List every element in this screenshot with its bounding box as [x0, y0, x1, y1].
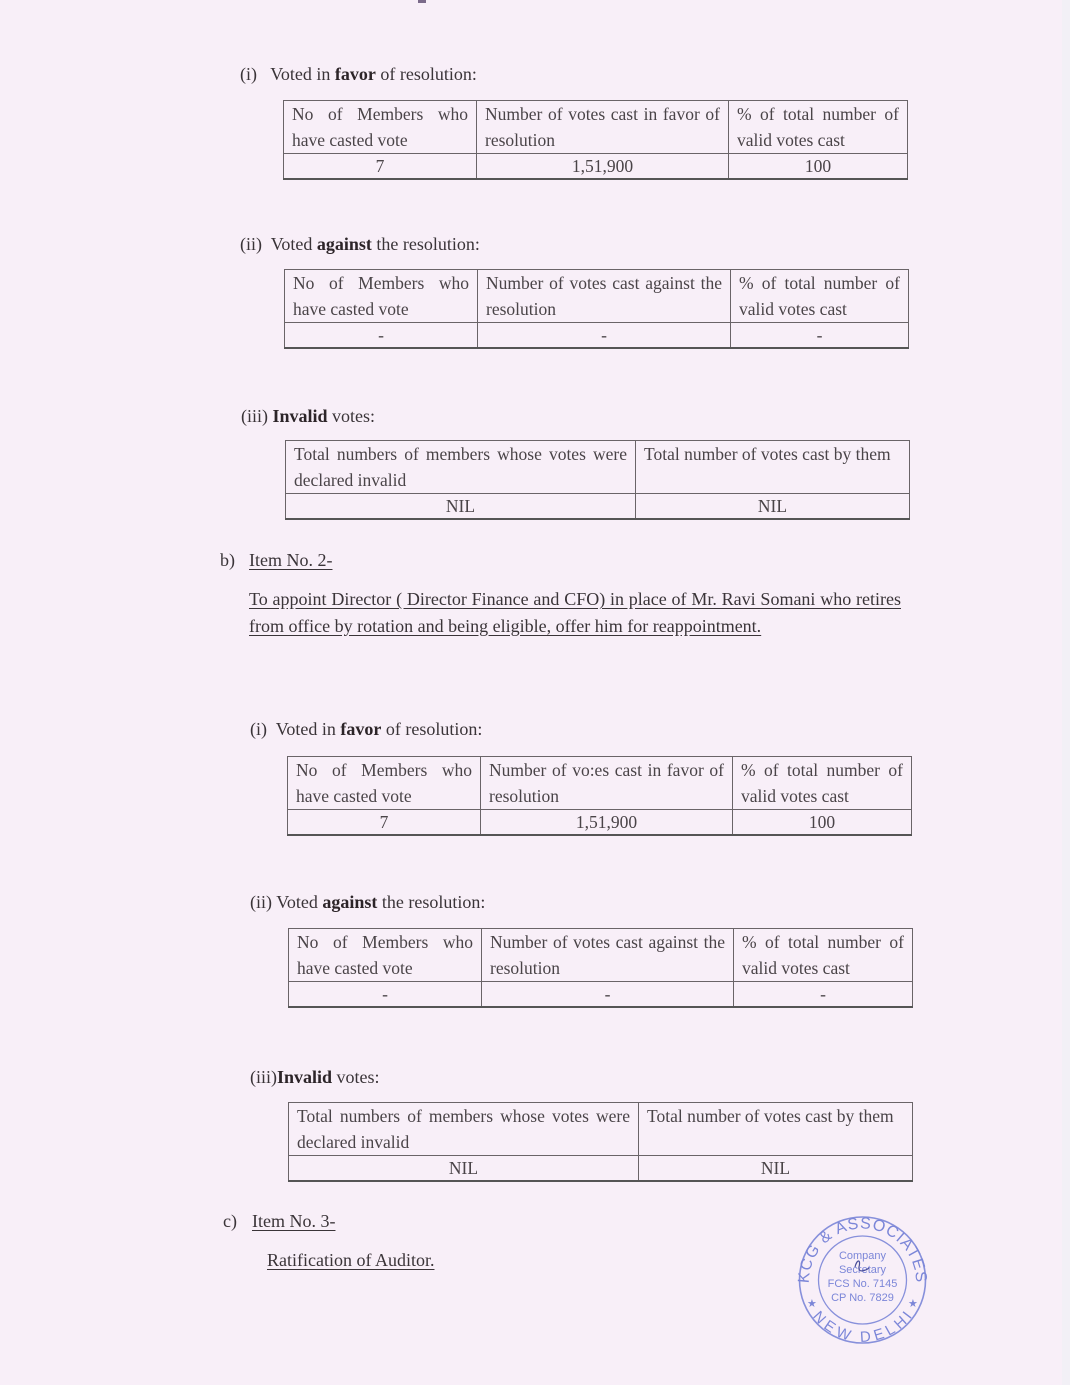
- item1-invalid-label: (iii) Invalid votes:: [241, 406, 375, 427]
- item2-against-table: No of Members who have casted vote Numbe…: [288, 928, 913, 1008]
- value-cell: -: [478, 323, 731, 349]
- header-cell: % of total number of valid votes cast: [733, 757, 912, 810]
- table-header-row: No of Members who have casted vote Numbe…: [284, 101, 908, 154]
- item2-description: To appoint Director ( Director Finance a…: [249, 586, 901, 639]
- table-header-row: No of Members who have casted vote Numbe…: [285, 270, 909, 323]
- item3-description: Ratification of Auditor.: [267, 1250, 434, 1271]
- item2-favor-label: (i) Voted in favor of resolution:: [250, 719, 482, 740]
- header-cell: % of total number of valid votes cast: [729, 101, 908, 154]
- value-cell: -: [289, 982, 482, 1008]
- star-icon: ★: [908, 1298, 918, 1310]
- value-cell: NIL: [636, 494, 910, 520]
- stamp-ring-bottom: NEW DELHI: [809, 1308, 916, 1345]
- table-header-row: Total numbers of members whose votes wer…: [286, 441, 910, 494]
- header-cell: No of Members who have casted vote: [289, 929, 482, 982]
- table-row: NIL NIL: [286, 494, 910, 520]
- value-cell: 7: [284, 154, 477, 180]
- header-cell: Number of votes cast in favor of resolut…: [477, 101, 729, 154]
- header-cell: No of Members who have casted vote: [285, 270, 478, 323]
- item3-heading: Item No. 3-: [252, 1211, 335, 1232]
- item1-against-table: No of Members who have casted vote Numbe…: [284, 269, 909, 349]
- item2-invalid-table: Total numbers of members whose votes wer…: [288, 1102, 913, 1182]
- value-cell: NIL: [289, 1156, 639, 1182]
- header-cell: No of Members who have casted vote: [288, 757, 481, 810]
- value-cell: 100: [733, 810, 912, 836]
- header-cell: Total number of votes cast by them: [639, 1103, 913, 1156]
- header-cell: Number of vo:es cast in favor of resolut…: [481, 757, 733, 810]
- stamp-line-4: CP No. 7829: [831, 1292, 894, 1304]
- scan-edge: [1062, 0, 1070, 1385]
- value-cell: -: [482, 982, 734, 1008]
- table-header-row: No of Members who have casted vote Numbe…: [288, 757, 912, 810]
- value-cell: -: [734, 982, 913, 1008]
- header-cell: % of total number of valid votes cast: [731, 270, 909, 323]
- value-cell: 1,51,900: [481, 810, 733, 836]
- value-cell: 1,51,900: [477, 154, 729, 180]
- stamp-line-2: Secretary: [839, 1264, 887, 1276]
- item2-marker: b): [220, 550, 235, 571]
- item2-favor-table: No of Members who have casted vote Numbe…: [287, 756, 912, 836]
- header-cell: Number of votes cast against the resolut…: [478, 270, 731, 323]
- value-cell: -: [285, 323, 478, 349]
- item1-favor-table: No of Members who have casted vote Numbe…: [283, 100, 908, 180]
- table-row: NIL NIL: [289, 1156, 913, 1182]
- star-icon: ★: [807, 1298, 817, 1310]
- item1-against-label: (ii) Voted against the resolution:: [240, 234, 480, 255]
- item2-invalid-label: (iii)Invalid votes:: [250, 1067, 380, 1088]
- header-cell: % of total number of valid votes cast: [734, 929, 913, 982]
- company-seal-stamp: KCG & ASSOCIATES NEW DELHI ★ ★ Company S…: [795, 1215, 930, 1345]
- document-page: (i) Voted in favor of resolution: No of …: [0, 0, 1062, 1385]
- item1-favor-label: (i) Voted in favor of resolution:: [240, 64, 477, 85]
- item3-marker: c): [223, 1211, 237, 1232]
- table-row: - - -: [289, 982, 913, 1008]
- scan-mark: [418, 0, 426, 3]
- value-cell: -: [731, 323, 909, 349]
- header-cell: Total numbers of members whose votes wer…: [289, 1103, 639, 1156]
- item2-heading: Item No. 2-: [249, 550, 332, 571]
- table-row: - - -: [285, 323, 909, 349]
- stamp-line-1: Company: [839, 1250, 887, 1262]
- table-row: 7 1,51,900 100: [284, 154, 908, 180]
- value-cell: NIL: [639, 1156, 913, 1182]
- value-cell: 100: [729, 154, 908, 180]
- header-cell: No of Members who have casted vote: [284, 101, 477, 154]
- stamp-line-3: FCS No. 7145: [828, 1278, 898, 1290]
- table-row: 7 1,51,900 100: [288, 810, 912, 836]
- header-cell: Number of votes cast against the resolut…: [482, 929, 734, 982]
- item2-against-label: (ii) Voted against the resolution:: [250, 892, 485, 913]
- value-cell: 7: [288, 810, 481, 836]
- header-cell: Total numbers of members whose votes wer…: [286, 441, 636, 494]
- value-cell: NIL: [286, 494, 636, 520]
- item1-invalid-table: Total numbers of members whose votes wer…: [285, 440, 910, 520]
- table-header-row: No of Members who have casted vote Numbe…: [289, 929, 913, 982]
- table-header-row: Total numbers of members whose votes wer…: [289, 1103, 913, 1156]
- header-cell: Total number of votes cast by them: [636, 441, 910, 494]
- svg-text:NEW DELHI: NEW DELHI: [809, 1308, 916, 1345]
